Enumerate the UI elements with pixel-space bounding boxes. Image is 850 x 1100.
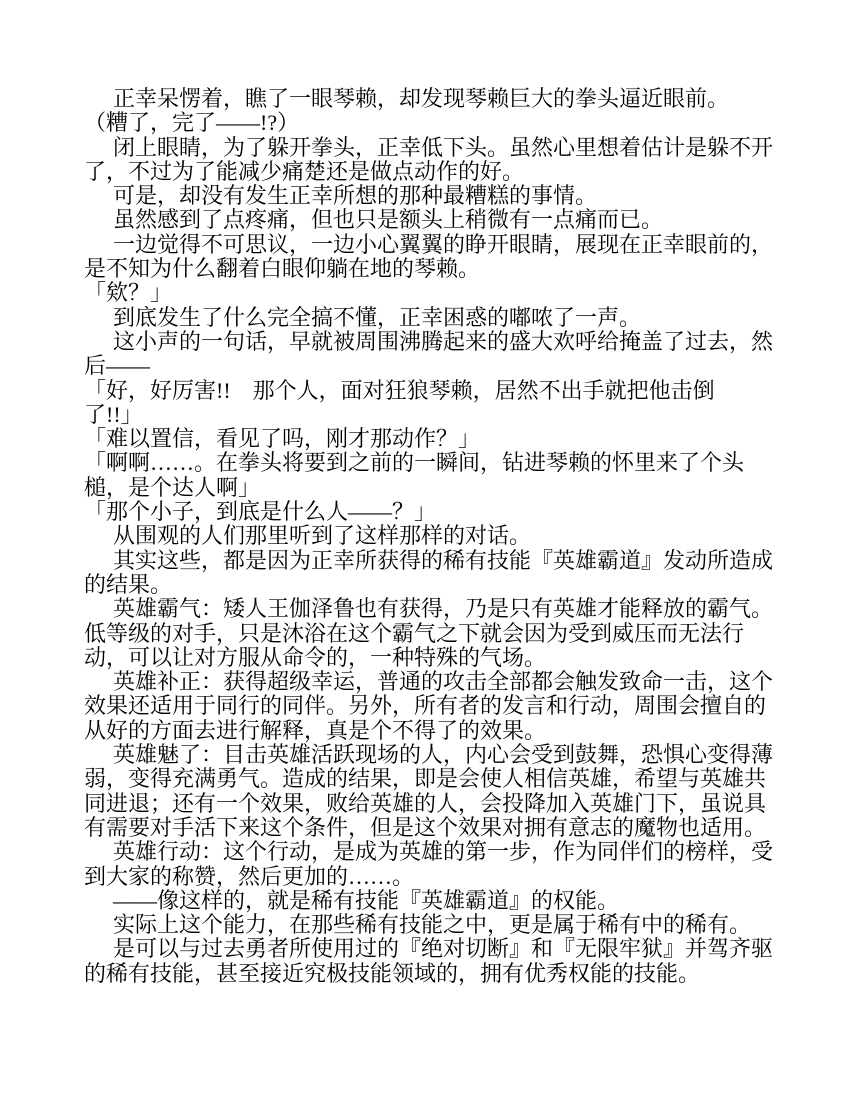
novel-text-page: 正幸呆愣着，瞧了一眼琴赖，却发现琴赖巨大的拳头逼近眼前。（糟了，完了——!?）闭…	[84, 87, 780, 986]
text-line: 虽然感到了点疼痛，但也只是额头上稍微有一点痛而已。	[84, 208, 780, 232]
text-line: 同进退；还有一个效果，败给英雄的人，会投降加入英雄门下，虽说具	[84, 792, 780, 816]
text-line: ——像这样的，就是稀有技能『英雄霸道』的权能。	[84, 889, 780, 913]
text-line: 了，不过为了能减少痛楚还是做点动作的好。	[84, 160, 780, 184]
text-line: 英雄行动：这个行动，是成为英雄的第一步，作为同伴们的榜样，受	[84, 840, 780, 864]
text-line: 英雄补正：获得超级幸运，普通的攻击全部都会触发致命一击，这个	[84, 670, 780, 694]
text-line: 动，可以让对方服从命令的，一种特殊的气场。	[84, 646, 780, 670]
text-line: 闭上眼睛，为了躲开拳头，正幸低下头。虽然心里想着估计是躲不开	[84, 136, 780, 160]
text-line: 「难以置信，看见了吗，刚才那动作？」	[84, 427, 780, 451]
text-line: 这小声的一句话，早就被周围沸腾起来的盛大欢呼给掩盖了过去，然	[84, 330, 780, 354]
text-line: 「那个小子，到底是什么人——？」	[84, 500, 780, 524]
text-line: 了!!」	[84, 403, 780, 427]
text-line: 有需要对手活下来这个条件，但是这个效果对拥有意志的魔物也适用。	[84, 816, 780, 840]
text-line: 一边觉得不可思议，一边小心翼翼的睁开眼睛，展现在正幸眼前的，	[84, 233, 780, 257]
text-line: 其实这些，都是因为正幸所获得的稀有技能『英雄霸道』发动所造成	[84, 549, 780, 573]
text-line: 「欸？」	[84, 281, 780, 305]
text-line: 是不知为什么翻着白眼仰躺在地的琴赖。	[84, 257, 780, 281]
text-line: 可是，却没有发生正幸所想的那种最糟糕的事情。	[84, 184, 780, 208]
text-line: 正幸呆愣着，瞧了一眼琴赖，却发现琴赖巨大的拳头逼近眼前。	[84, 87, 780, 111]
text-line: 的稀有技能，甚至接近究极技能领域的，拥有优秀权能的技能。	[84, 962, 780, 986]
text-line: 从围观的人们那里听到了这样那样的对话。	[84, 524, 780, 548]
text-line: 到大家的称赞，然后更加的……。	[84, 865, 780, 889]
text-line: 从好的方面去进行解释，真是个不得了的效果。	[84, 719, 780, 743]
text-line: 英雄魅了：目击英雄活跃现场的人，内心会受到鼓舞，恐惧心变得薄	[84, 743, 780, 767]
text-line: 实际上这个能力，在那些稀有技能之中，更是属于稀有中的稀有。	[84, 913, 780, 937]
text-line: 效果还适用于同行的同伴。另外，所有者的发言和行动，周围会擅自的	[84, 694, 780, 718]
text-line: 「好，好厉害!! 那个人，面对狂狼琴赖，居然不出手就把他击倒	[84, 379, 780, 403]
text-line: 弱，变得充满勇气。造成的结果，即是会使人相信英雄，希望与英雄共	[84, 767, 780, 791]
text-line: 英雄霸气：矮人王伽泽鲁也有获得，乃是只有英雄才能释放的霸气。	[84, 597, 780, 621]
text-line: 是可以与过去勇者所使用过的『绝对切断』和『无限牢狱』并驾齐驱	[84, 937, 780, 961]
text-line: 到底发生了什么完全搞不懂，正幸困惑的嘟哝了一声。	[84, 306, 780, 330]
text-line: 后——	[84, 354, 780, 378]
text-line: 的结果。	[84, 573, 780, 597]
text-line: 槌，是个达人啊」	[84, 476, 780, 500]
text-line: （糟了，完了——!?）	[84, 111, 780, 135]
text-line: 「啊啊……。在拳头将要到之前的一瞬间，钻进琴赖的怀里来了个头	[84, 451, 780, 475]
text-line: 低等级的对手，只是沐浴在这个霸气之下就会因为受到威压而无法行	[84, 622, 780, 646]
